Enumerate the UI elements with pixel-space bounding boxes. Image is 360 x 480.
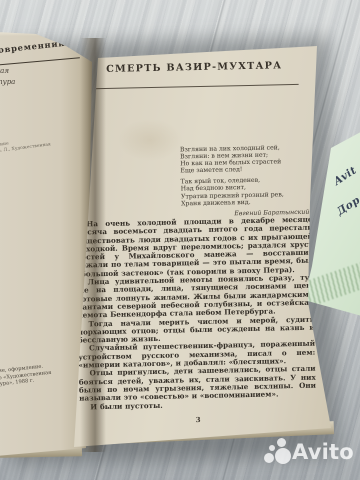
paragraph: Отцы пригнулись, дети зашевелились, отцы… <box>79 365 317 403</box>
book-gutter-shadow <box>80 38 106 452</box>
right-page-content: СМЕРТЬ ВАЗИР-МУХТАРА Взгляни на лик холо… <box>66 39 337 454</box>
book-photo: Avit Дор овременники кая тура издание та… <box>0 0 360 480</box>
body-text: На очень холодной площади в декабре меся… <box>75 216 316 412</box>
watermark-brand-text: Avito <box>292 437 354 467</box>
paragraph: На очень холодной площади в декабре меся… <box>75 216 313 279</box>
series-subtitle-fragment: кая <box>0 67 9 75</box>
epigraph-stanza: Так ярый ток, оледенев, Над бездною виси… <box>181 176 312 207</box>
epigraph-stanza: Взгляни на лик холодный сей, Взгляни: в … <box>180 144 311 175</box>
page-number: 3 <box>80 413 317 427</box>
copyright-note-fragment: ловие, оформление. ство «Художественная … <box>0 363 52 389</box>
paragraph: Лица удивительной немоты появились сразу… <box>77 274 315 320</box>
series-rule <box>0 57 80 65</box>
avito-logo-icon <box>262 437 292 467</box>
handwriting-line: Avit <box>332 164 359 188</box>
epigraph: Взгляни на лик холодный сей, Взгляни: в … <box>180 144 311 219</box>
chapter-title: СМЕРТЬ ВАЗИР-МУХТАРА <box>88 60 300 75</box>
title-rule <box>77 84 299 90</box>
handwriting-line: Дор <box>335 194 360 218</box>
right-page: СМЕРТЬ ВАЗИР-МУХТАРА Взгляни на лик холо… <box>70 42 332 452</box>
series-subtitle-fragment: тура <box>0 78 15 86</box>
bibliographic-note-fragment: издание тара. Л., Художественная 975 <box>0 136 52 160</box>
avito-watermark: Avito <box>262 437 354 467</box>
